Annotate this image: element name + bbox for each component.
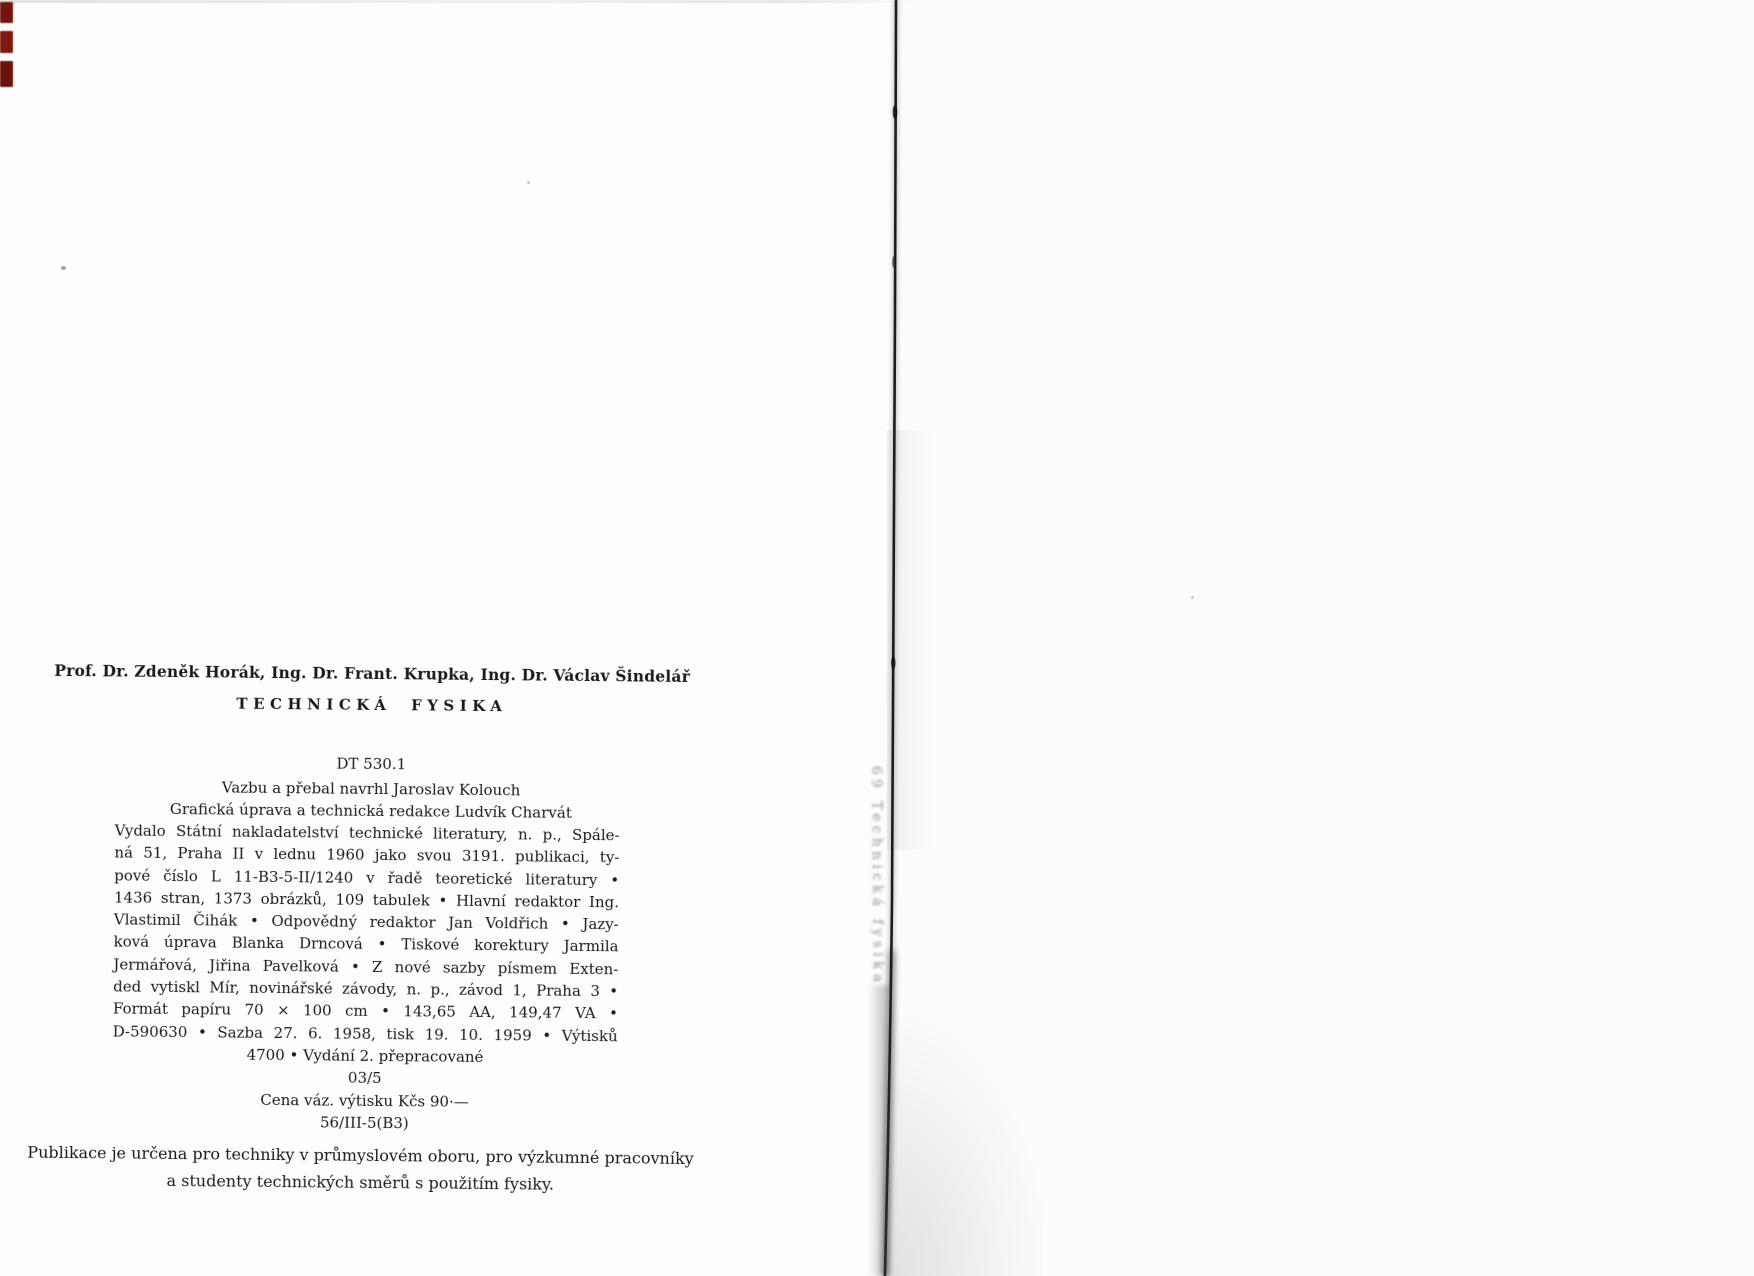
book-title: TECHNICKÁ FYSIKA — [2, 692, 742, 717]
spine-label: 69 Technická fysika — [868, 766, 886, 987]
imprint-block: Vydalo Státní nakladatelství technické l… — [112, 819, 620, 1136]
blank-facing-page — [893, 0, 1754, 1276]
scan-edge-streak — [0, 0, 920, 3]
authors-line: Prof. Dr. Zdeněk Horák, Ing. Dr. Frant. … — [2, 658, 742, 689]
dt-classification: DT 530.1 — [1, 751, 741, 776]
scan-edge-mark — [0, 61, 13, 87]
spine-title-showthrough: 69 Technická fysika — [869, 766, 887, 1021]
scan-speck — [1191, 596, 1194, 599]
book-scan-spread: Prof. Dr. Zdeněk Horák, Ing. Dr. Frant. … — [0, 0, 1754, 1276]
credits-block: Vazbu a přebal navrhl Jaroslav Kolouch G… — [1, 774, 741, 826]
scan-speck — [527, 181, 530, 184]
scan-edge-mark — [0, 2, 13, 23]
print-area: Prof. Dr. Zdeněk Horák, Ing. Dr. Frant. … — [0, 0, 749, 1276]
gutter-shadow — [868, 985, 890, 1276]
audience-block: Publikace je určena pro techniky v průmy… — [0, 1139, 724, 1199]
edition-code-line: 56/III-5(B3) — [112, 1109, 617, 1136]
colophon-page: Prof. Dr. Zdeněk Horák, Ing. Dr. Frant. … — [0, 0, 893, 1276]
scan-speck — [61, 266, 66, 270]
scan-edge-mark — [0, 31, 13, 53]
